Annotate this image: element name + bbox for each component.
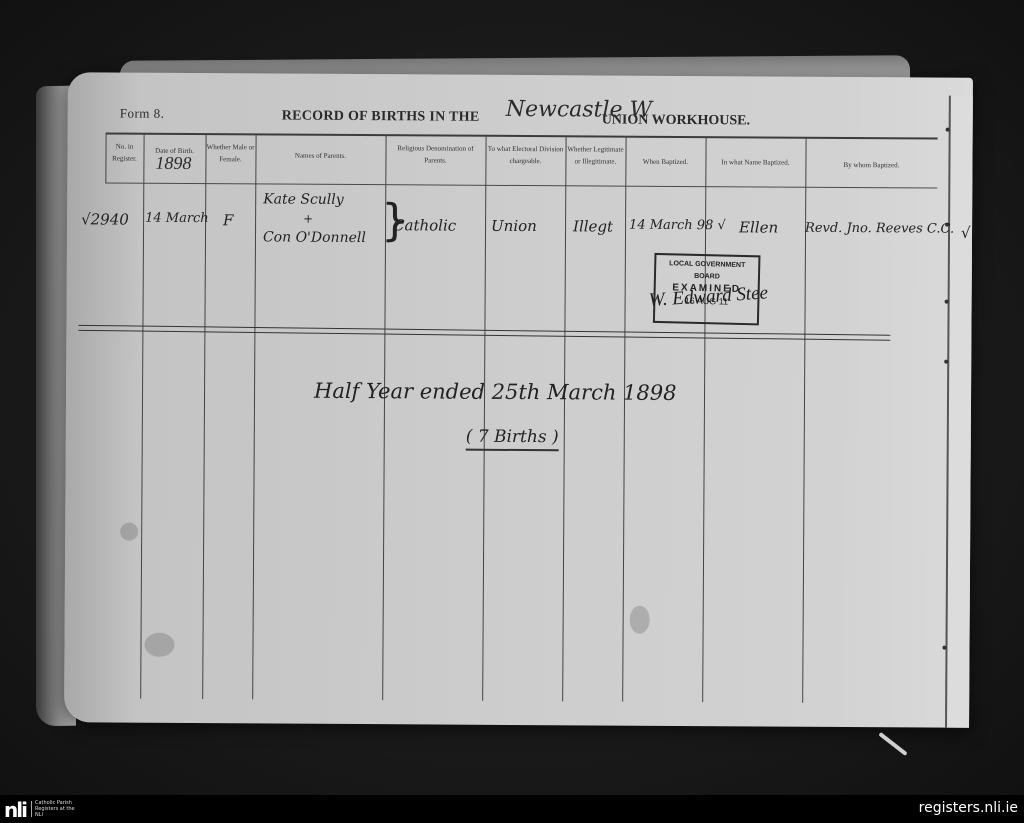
- parent-joiner: +: [303, 212, 313, 226]
- register-page: Form 8. RECORD OF BIRTHS IN THE Newcastl…: [64, 72, 973, 728]
- birth-count-text: ( 7 Births ): [466, 427, 559, 452]
- parent-father: Con O'Donnell: [263, 229, 366, 246]
- parent-mother: Kate Scully: [263, 191, 344, 207]
- binding-hole: [945, 300, 949, 304]
- column-header-register-no: No. in Register.: [105, 140, 143, 164]
- debris-twig: [878, 732, 907, 756]
- table-header-rule: [105, 182, 937, 188]
- baptized-by: Revd. Jno. Reeves C.C.: [805, 221, 954, 237]
- stamp-authority: LOCAL GOVERNMENT BOARD: [656, 258, 759, 284]
- column-divider: [562, 136, 566, 701]
- baptism-date: 14 March 98 √: [629, 218, 726, 234]
- handwritten-year: 1898: [155, 153, 191, 174]
- column-header-legitimacy: Whether Legitimate or Illegitimate.: [565, 143, 625, 167]
- electoral-division: Union: [491, 217, 537, 235]
- margin-check-mark: √: [961, 224, 971, 242]
- baptized-name: Ellen: [739, 218, 778, 236]
- column-header-parents: Names of Parents.: [255, 149, 385, 162]
- nli-logo-caption: Catholic Parish Registers at the NLI: [35, 800, 75, 818]
- column-divider: [140, 134, 144, 699]
- binding-hole: [946, 128, 950, 132]
- paper-stain: [630, 606, 650, 634]
- image-viewer: Form 8. RECORD OF BIRTHS IN THE Newcastl…: [0, 0, 1024, 795]
- page-title-suffix: UNION WORKHOUSE.: [602, 113, 750, 130]
- page-margin-strip: [945, 96, 973, 728]
- column-header-religion: Religious Denomination of Parents.: [385, 142, 485, 167]
- page-title: RECORD OF BIRTHS IN THE: [282, 109, 480, 126]
- column-header-sex: Whether Male or Female.: [205, 141, 255, 165]
- table-top-rule: [106, 132, 938, 139]
- column-header-baptized-name: In what Name Baptized.: [705, 156, 805, 169]
- paper-stain: [144, 633, 174, 657]
- form-label: Form 8.: [120, 106, 165, 122]
- binding-hole: [942, 646, 946, 650]
- paper-stain: [120, 523, 138, 541]
- footer-bar: nli Catholic Parish Registers at the NLI…: [0, 795, 1024, 823]
- binding-hole: [944, 360, 948, 364]
- registers-site-link[interactable]: registers.nli.ie: [919, 800, 1018, 816]
- register-number: √2940: [81, 210, 129, 228]
- column-divider: [252, 134, 256, 699]
- half-year-summary: Half Year ended 25th March 1898: [314, 379, 677, 405]
- sex: F: [223, 211, 234, 229]
- logo-divider: [31, 801, 32, 817]
- nli-logo[interactable]: nli: [4, 800, 26, 820]
- religion: Catholic: [393, 216, 456, 234]
- column-divider: [622, 137, 626, 702]
- legitimacy: Illegt: [573, 217, 613, 235]
- column-divider: [482, 136, 486, 701]
- column-header-electoral-division: To what Electoral Division chargeable.: [485, 143, 565, 167]
- column-header-baptized-by: By whom Baptized.: [805, 159, 937, 172]
- date-of-birth: 14 March: [145, 211, 209, 226]
- birth-count-summary: ( 7 Births ): [466, 427, 559, 448]
- column-header-when-baptized: When Baptized.: [625, 156, 705, 168]
